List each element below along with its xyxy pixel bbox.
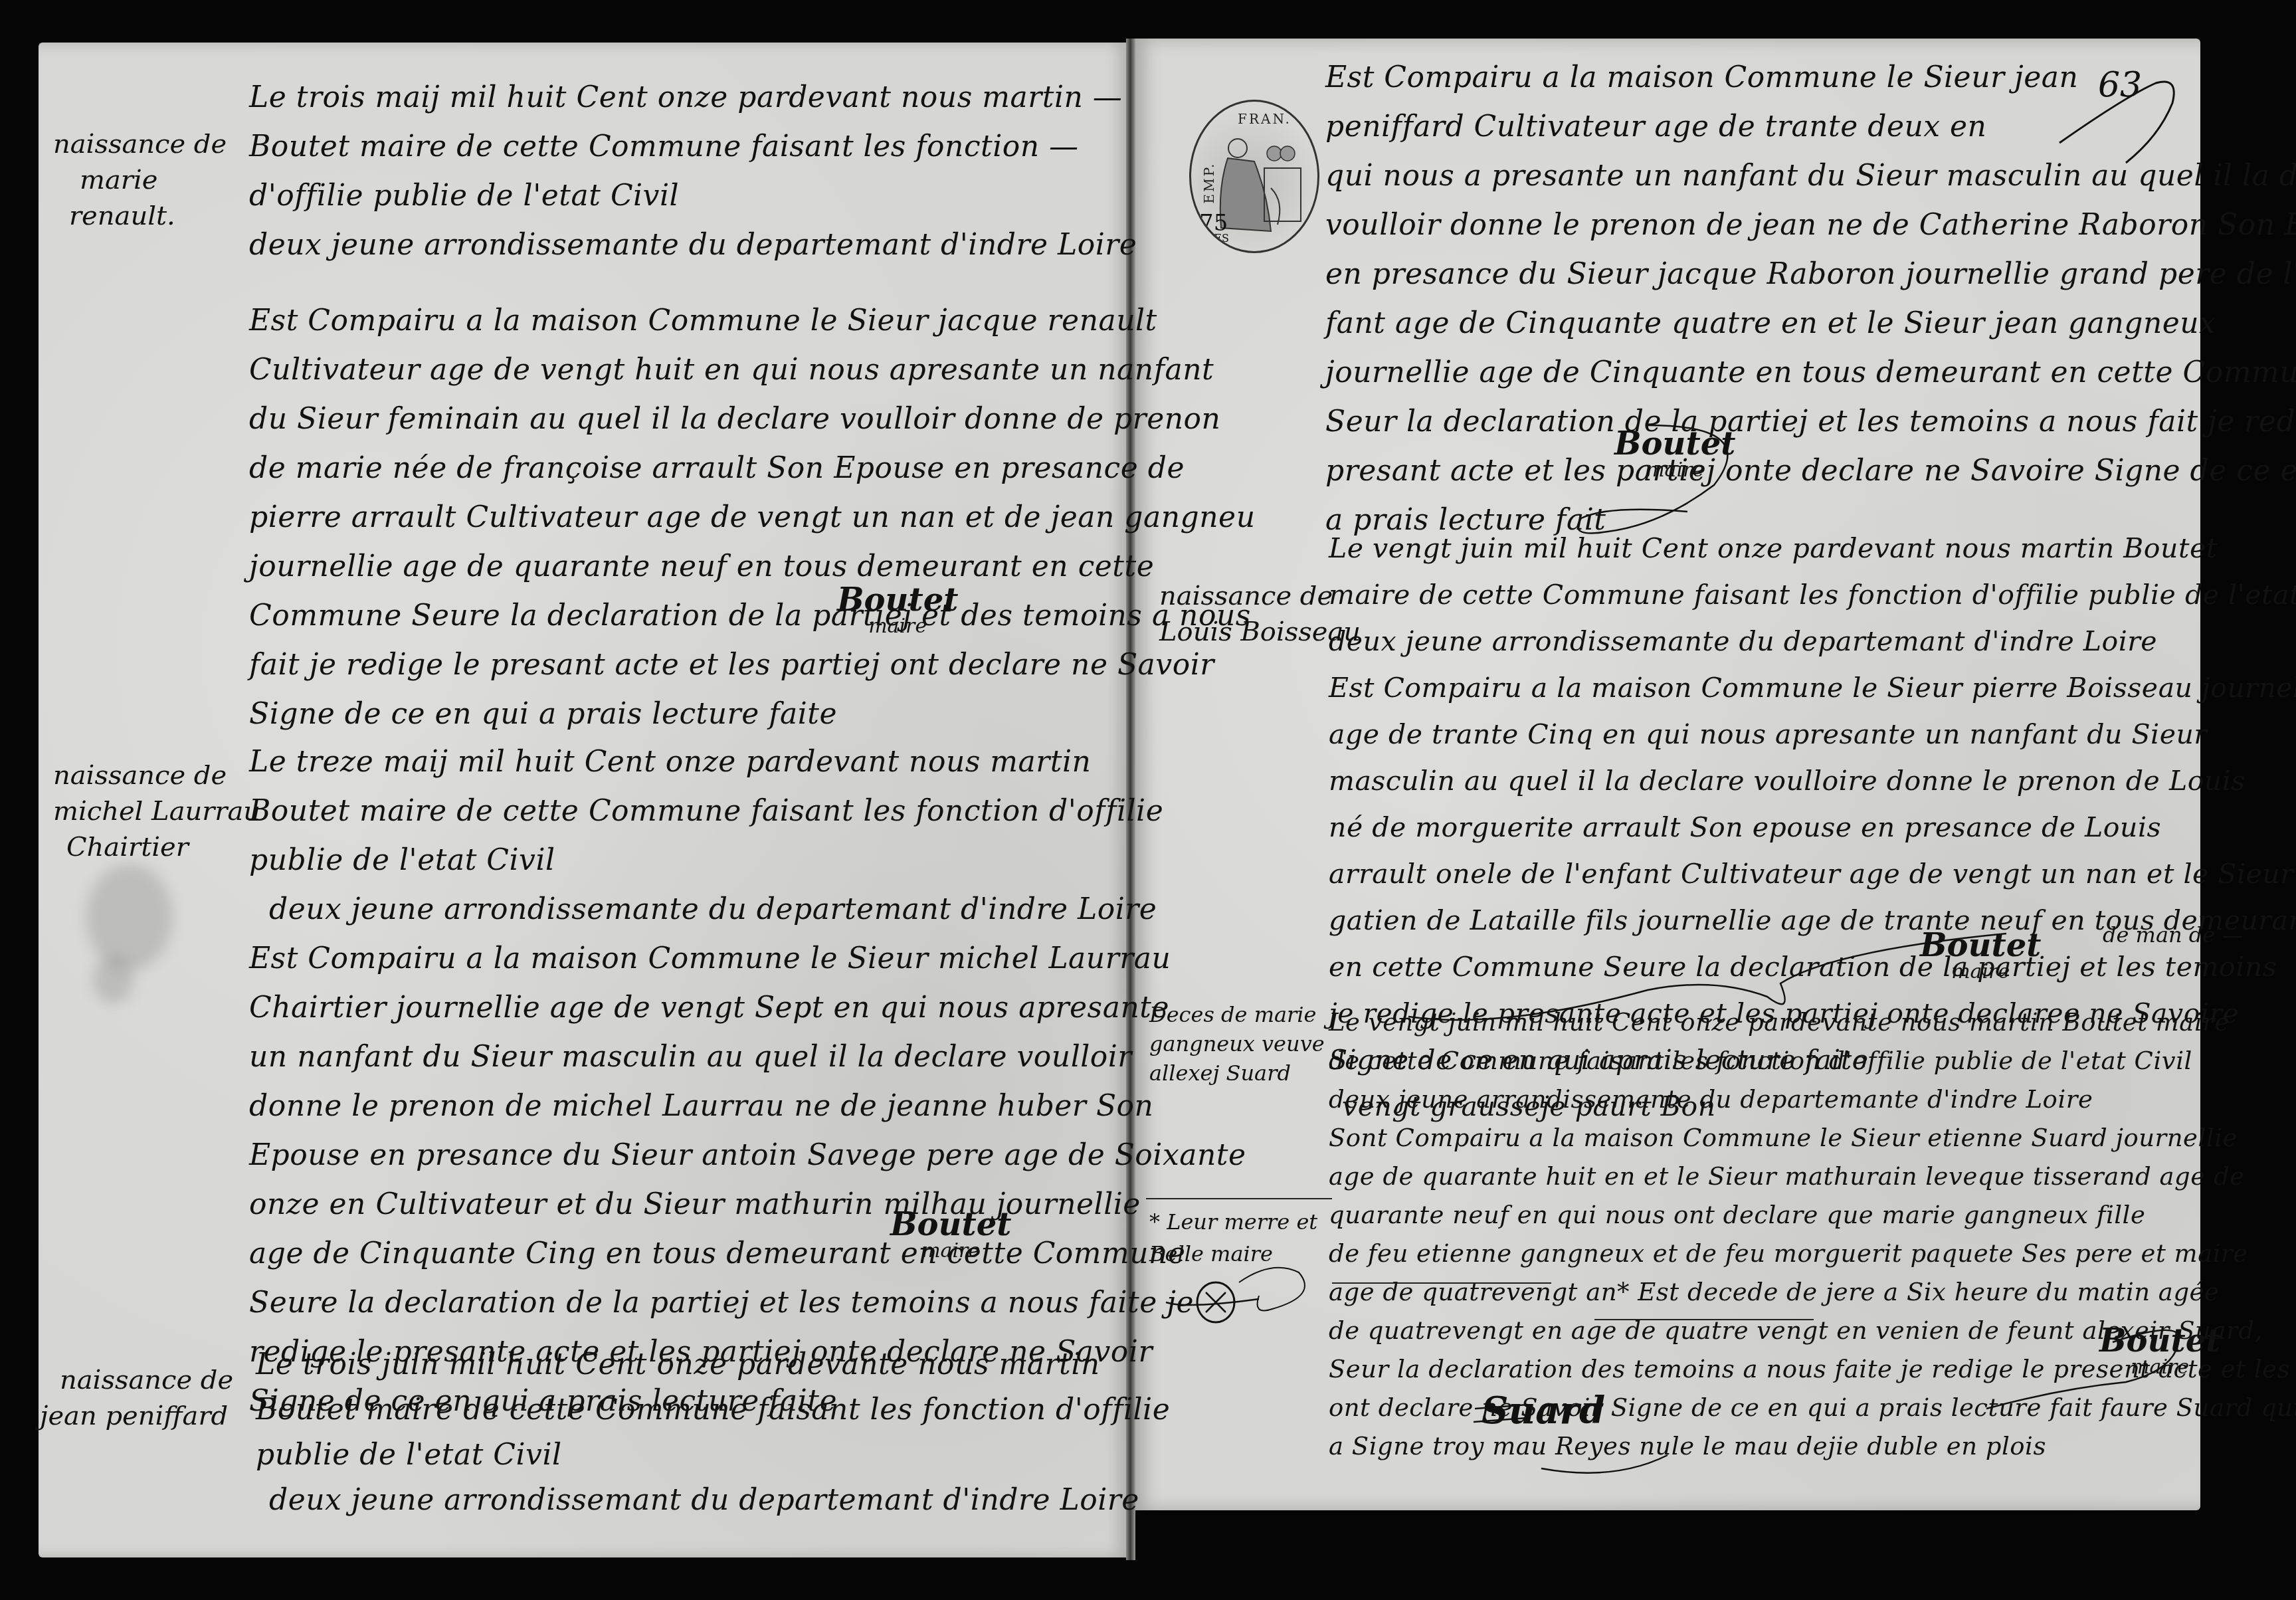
margin-line: marie bbox=[53, 162, 227, 198]
text-line: un nanfant du Sieur masculin au quel il … bbox=[249, 1033, 1246, 1082]
margin-rule bbox=[1146, 1198, 1332, 1199]
text-line: né de morguerite arrault Son epouse en p… bbox=[1329, 804, 2296, 850]
text-line: deux jeune arrondissemante du departeman… bbox=[249, 885, 1246, 934]
margin-note-right-entry-3: Deces de marie gangneux veuve allexej Su… bbox=[1149, 1000, 1325, 1088]
entry-1-text: Le trois maij mil huit Cent onze pardeva… bbox=[249, 73, 1255, 739]
entry-2-text: Le treze maij mil huit Cent onze pardeva… bbox=[249, 738, 1246, 1426]
margin-line: michel Laurrau bbox=[53, 793, 260, 829]
margin-line: naissance de bbox=[53, 126, 227, 162]
text-line: masculin au quel il la declare voulloire… bbox=[1329, 757, 2296, 804]
text-line: donne le prenon de michel Laurrau ne de … bbox=[249, 1082, 1246, 1131]
text-line: publie de l'etat Civil bbox=[256, 1433, 1170, 1478]
text-line: de feu etienne gangneux et de feu morgue… bbox=[1329, 1235, 2296, 1273]
margin-line: jean peniffard bbox=[40, 1398, 233, 1434]
text-line: pierre arrault Cultivateur age de vengt … bbox=[249, 493, 1255, 542]
text-line: deux jeune arrondissemante du departeman… bbox=[1329, 618, 2296, 664]
margin-line: gangneux veuve bbox=[1149, 1029, 1325, 1058]
text-line: Commune Seure la declaration de la parti… bbox=[249, 591, 1255, 641]
text-line: de marie née de françoise arrault Son Ep… bbox=[249, 444, 1255, 493]
ink-stain bbox=[86, 864, 173, 970]
text-line: age de quarante huit en et le Sieur math… bbox=[1329, 1157, 2296, 1196]
right-entry-1-text: Est Compairu a la maison Commune le Sieu… bbox=[1325, 53, 2296, 545]
entry-3-text: Le trois juin mil huit Cent onze pardeva… bbox=[256, 1342, 1170, 1523]
margin-line: allexej Suard bbox=[1149, 1058, 1325, 1088]
margin-line: Deces de marie bbox=[1149, 1000, 1325, 1029]
text-line: Le vengt juin mil huit Cent onze pardeva… bbox=[1329, 1003, 2296, 1042]
text-line: fant age de Cinquante quatre en et le Si… bbox=[1325, 299, 2296, 348]
text-line: Le vengt juin mil huit Cent onze pardeva… bbox=[1329, 525, 2296, 571]
text-line: de cette Commune faisant les fonction d'… bbox=[1329, 1042, 2296, 1080]
text-line: Boutet maire de cette Commune faisant le… bbox=[249, 787, 1246, 836]
margin-line: * Leur merre et bbox=[1149, 1206, 1317, 1238]
ink-stain bbox=[93, 957, 133, 1003]
text-line: journellie age de quarante neuf en tous … bbox=[249, 542, 1255, 591]
text-line: Le treze maij mil huit Cent onze pardeva… bbox=[249, 738, 1246, 787]
text-line: Le trois maij mil huit Cent onze pardeva… bbox=[249, 73, 1255, 122]
margin-note-entry-1: naissance de marie renault. bbox=[53, 126, 227, 234]
text-line: qui nous a presante un nanfant du Sieur … bbox=[1325, 151, 2296, 201]
text-line: Chairtier journellie age de vengt Sept e… bbox=[249, 983, 1246, 1033]
signature-boutet: Boutet maire bbox=[890, 1206, 1011, 1262]
text-line: voulloir donne le prenon de jean ne de C… bbox=[1325, 201, 2296, 250]
text-line: Est Compairu a la maison Commune le Sieu… bbox=[249, 934, 1246, 983]
text-line: Boutet maire de cette Commune faisant le… bbox=[256, 1387, 1170, 1433]
text-line: publie de l'etat Civil bbox=[249, 836, 1246, 885]
text-line: Est Compairu a la maison Commune le Sieu… bbox=[1325, 53, 2296, 102]
signature-boutet: Boutet maire bbox=[837, 581, 958, 638]
text-line: Le trois juin mil huit Cent onze pardeva… bbox=[256, 1342, 1170, 1387]
signature-flourish bbox=[1468, 1382, 1734, 1488]
strikethrough-mark bbox=[1332, 1282, 1551, 1284]
text-line: Seure la declaration de la partiej et le… bbox=[249, 1278, 1246, 1328]
text-line: d'offilie publie de l'etat Civil bbox=[249, 171, 1255, 221]
text-line: Cultivateur age de vengt huit en qui nou… bbox=[249, 346, 1255, 395]
text-line: age de Cinquante Cing en tous demeurant … bbox=[249, 1229, 1246, 1278]
text-line: Sont Compairu a la maison Commune le Sie… bbox=[1329, 1119, 2296, 1157]
text-line: deux jeune arrondissemante du departeman… bbox=[249, 221, 1255, 270]
text-line: du Sieur feminain au quel il la declare … bbox=[249, 395, 1255, 444]
text-line: Epouse en presance du Sieur antoin Saveg… bbox=[249, 1131, 1246, 1180]
signature-flourish bbox=[1980, 1322, 2192, 1415]
text-line: quarante neuf en qui nous ont declare qu… bbox=[1329, 1196, 2296, 1235]
tax-stamp-seal: FRAN. EMP. 75 CES bbox=[1189, 100, 1319, 253]
signature-name: Boutet bbox=[890, 1206, 1011, 1243]
text-line: journellie age de Cinquante en tous deme… bbox=[1325, 348, 2296, 397]
text-line: Signe de ce en qui a prais lecture faite bbox=[249, 690, 1255, 739]
text-line: presant acte et les partiej onte declare… bbox=[1325, 447, 2296, 496]
signature-name: Boutet bbox=[837, 581, 958, 619]
strikethrough-mark bbox=[1594, 1319, 1814, 1320]
text-line: en presance du Sieur jacque Raboron jour… bbox=[1325, 250, 2296, 299]
margin-line: naissance de bbox=[40, 1362, 233, 1398]
text-line: Seur la declaration de la partiej et les… bbox=[1325, 397, 2296, 447]
side-note: de man de — bbox=[2103, 917, 2243, 953]
text-line: fait je redige le presant acte et les pa… bbox=[249, 641, 1255, 690]
witness-mark-icon bbox=[1159, 1256, 1332, 1329]
text-line: age de quatrevengt an* Est decede de jer… bbox=[1329, 1273, 2296, 1312]
margin-note-entry-3: naissance de jean peniffard bbox=[40, 1362, 233, 1434]
text-line: arrault onele de l'enfant Cultivateur ag… bbox=[1329, 850, 2296, 897]
text-line: deux jeune arrandissemante du departeman… bbox=[1329, 1080, 2296, 1119]
stamp-unit: CES bbox=[1206, 232, 1229, 245]
text-line: onze en Cultivateur et du Sieur mathurin… bbox=[249, 1180, 1246, 1229]
text-line: maire de cette Commune faisant les fonct… bbox=[1329, 571, 2296, 618]
text-line: Boutet maire de cette Commune faisant le… bbox=[249, 122, 1255, 171]
text-line: deux jeune arrondissemant du departemant… bbox=[256, 1478, 1170, 1523]
margin-line: naissance de bbox=[53, 757, 260, 793]
text-line: Est Compairu a la maison Commune le Sieu… bbox=[249, 296, 1255, 346]
text-line: peniffard Cultivateur age de trante deux… bbox=[1325, 102, 2296, 151]
text-line: age de trante Cinq en qui nous apresante… bbox=[1329, 711, 2296, 757]
margin-note-entry-2: naissance de michel Laurrau Chairtier bbox=[53, 757, 260, 865]
margin-line: renault. bbox=[53, 198, 227, 234]
text-line: Est Compairu a la maison Commune le Sieu… bbox=[1329, 664, 2296, 711]
margin-line: Chairtier bbox=[53, 829, 260, 865]
